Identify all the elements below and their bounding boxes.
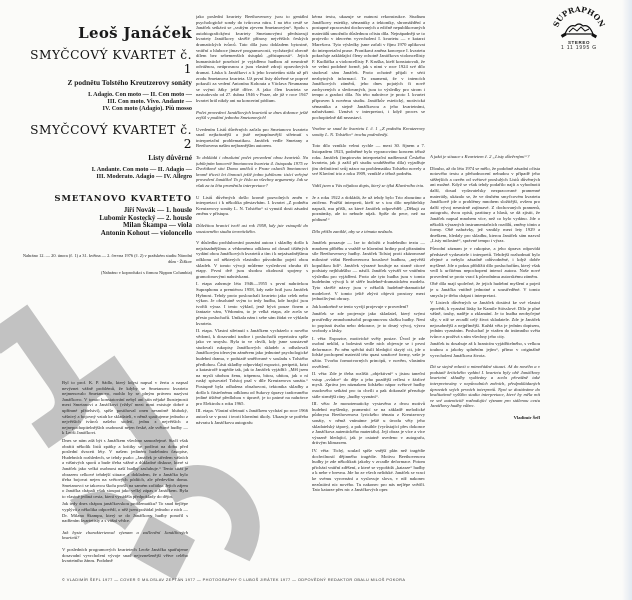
coproduction-note: (Nahráno v koprodukci s firmou Nippon Co…: [20, 270, 192, 275]
paragraph: II. etapa. Vlastní střetnutí s Janáčkem …: [196, 328, 308, 406]
quartet-1-title: SMYČCOVÝ KVARTET č. 1: [20, 48, 192, 76]
album-header: Leoš Janáček SMYČCOVÝ KVARTET č. 1 Z pod…: [20, 14, 192, 276]
catalog-number: 1 11 1995 G: [548, 45, 610, 51]
text-column-3: kérna textu, ukazuje se nutnost rekonstr…: [312, 14, 425, 570]
paragraph: Byl to prof. K. P. Sádlo, který kdysi na…: [62, 380, 188, 436]
text-column-2: jako poslední kvartety Beethovenovy jsou…: [196, 14, 308, 570]
paragraph: Jak konkrétně se tento vyvíjí projevuje …: [312, 304, 425, 310]
quartet-2-movement: I. Andante. Con moto — II. Adagio —: [20, 166, 192, 173]
quartet-2-title: SMYČCOVÝ KVARTET č. 2: [20, 123, 192, 151]
interview-question: Dílo přišlo zaniklé, aby se z témata ned…: [312, 229, 425, 235]
paragraph: V posledních programových kvartetech Leo…: [62, 547, 188, 564]
svg-text:SUPRAPHON: SUPRAPHON: [551, 5, 606, 29]
text-column-1: Byl to prof. K. P. Sádlo, který kdysi na…: [62, 380, 188, 570]
paragraph: Jak tedy dnes chápou janáčkovskou proble…: [62, 501, 188, 523]
paragraph: V důsledku prohlubování poznání autora i…: [196, 240, 308, 279]
player: Antonín Kohout — violoncello: [20, 230, 192, 238]
interview-question: Důležitou hranicí tvoří asi rok 1958, kd…: [196, 223, 308, 234]
paragraph: Janáček se zde projevuje jako skladatel,…: [312, 311, 425, 333]
quartet-1-movement: I. Adagio. Con moto — II. Con moto —: [20, 91, 192, 98]
paragraph: II. věta: Zde je třeba rozlišit „objekti…: [312, 371, 425, 399]
interview-question: To dokládá i obsolutní počet provedení o…: [196, 155, 308, 189]
paragraph: I. věta: Expozice, motivické světy posta…: [312, 336, 425, 370]
page-edge-shadow: [622, 0, 632, 600]
paragraph: V Listech důvěrných se Janáček dostává k…: [430, 300, 540, 339]
paragraph: Dlouho, až do léta 1974 se mělo, že podo…: [430, 166, 540, 244]
supraphon-emblem-icon: SUPRAPHON: [551, 4, 607, 40]
paragraph: Uvedením Listů důvěrných začala pro Smet…: [196, 127, 308, 149]
interview-question: Vidíš jsem u Vás nějakou dopis, který se…: [312, 183, 425, 189]
paragraph: U Listů důvěrných došlo kromě pozvolných…: [196, 195, 308, 217]
quartet-1-subtitle: Z podnětu Tolstého Kreutzerovy sonáty: [20, 78, 192, 87]
paragraph: Janáček tu dosahuje až k hranicím vyjádř…: [430, 341, 540, 358]
recording-note: Nahráno 12. — 20. února (č. 1) a 31. kvě…: [20, 253, 192, 264]
paragraph: III. etapa. Vlastní střetnutí s Janáčkem…: [196, 408, 308, 425]
author-signature: Vladimír Šefl: [430, 415, 540, 421]
ensemble-name: SMETANOVO KVARTETO: [20, 194, 192, 204]
paragraph: Toto dílo vzniklo velmi rychle — mezi 30…: [312, 143, 425, 177]
paragraph: IV. věta: Tichý, soulad spíše vnější plá…: [312, 448, 425, 493]
supraphon-logo: SUPRAPHON STEREO 1 11 1995 G: [548, 4, 610, 51]
quartet-1-movement: IV. Con moto (Adagio). Più mosso: [20, 105, 192, 112]
composer-name: Leoš Janáček: [20, 24, 192, 42]
paragraph: Dnes se nám zdá být s Janáčkem všechno s…: [62, 438, 188, 500]
paragraph: Původní záznam je v rukopise, a jeho úpr…: [430, 246, 540, 280]
text-column-4: A jaká je situace s Kvartetem č. 2 „List…: [430, 148, 540, 572]
paragraph: Obě díla mají společné, že jejich hudebn…: [430, 281, 540, 298]
interview-question: Jak byste charakterizoval význam a začle…: [62, 530, 188, 541]
quartet-2-movement: III. Moderato. Adagio — IV. Allegro: [20, 173, 192, 180]
paragraph: kérna textu, ukazuje se nutnost rekonstr…: [312, 14, 425, 120]
interview-question: A jaká je situace s Kvartetem č. 2 „List…: [430, 154, 540, 160]
paragraph: jako poslední kvartety Beethovenovy jsou…: [196, 14, 308, 104]
interview-question: Počet provedení Janáčkových kvartetů se …: [196, 110, 308, 121]
paragraph: I. etapa zahrnuje léta 1946—1955 s první…: [196, 281, 308, 326]
footer-credits: © VLADIMÍR ŠEFL 1977 — COVER © MILOSLAV …: [62, 577, 405, 582]
paragraph: Janáček posazuje — lze to doložit z hude…: [312, 240, 425, 302]
interview-question: Dá se stejně mluvit o mimořádné situaci.…: [430, 364, 540, 409]
quartet-2-subtitle: Listy důvěrné: [20, 153, 192, 162]
paragraph: III. věta: Je monotematicky vystavěna z …: [312, 401, 425, 446]
quartet-1-movement: III. Con moto. Vivo. Andante —: [20, 98, 192, 105]
paragraph: Je z roku 1922 a dokládá, že už tehdy by…: [312, 195, 425, 223]
interview-question: Vraťme se snad ke kvartetu I. č. 1 „Z po…: [312, 126, 425, 137]
